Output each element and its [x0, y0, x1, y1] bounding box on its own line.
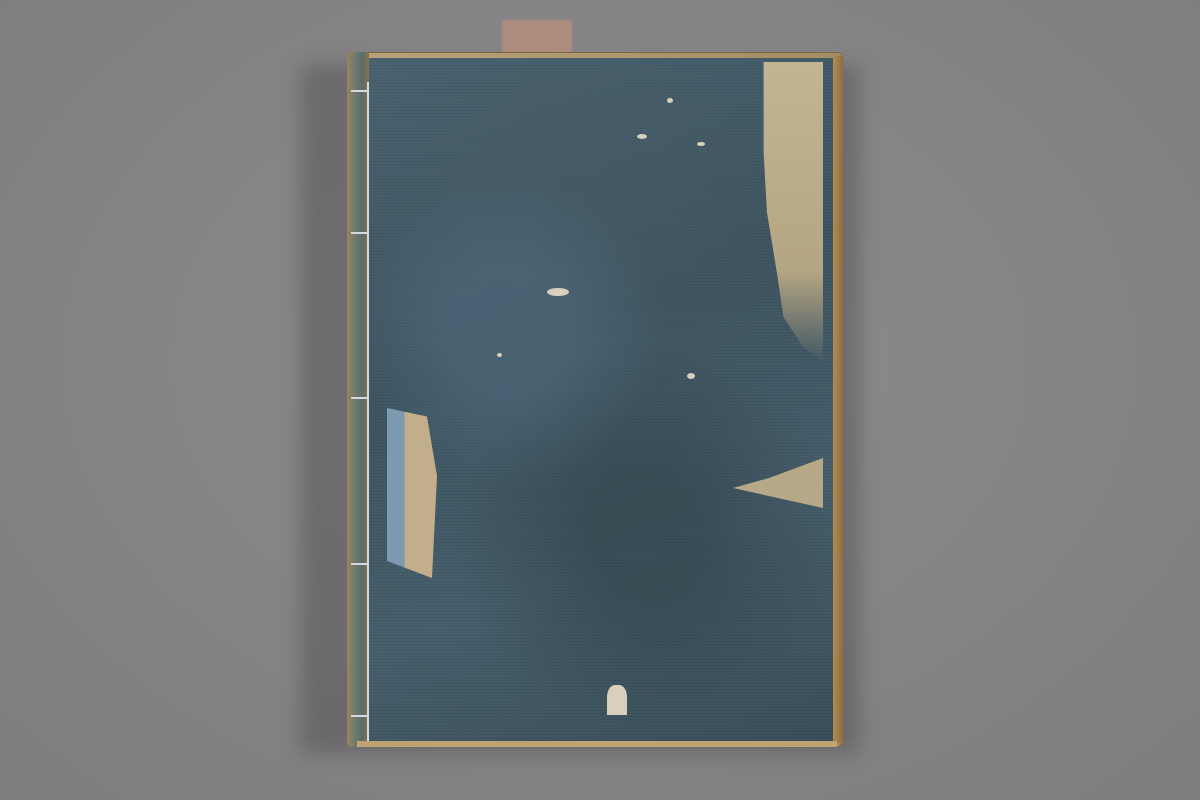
- wear-speck: [497, 353, 502, 357]
- binding-stitch: [351, 563, 369, 565]
- binding-stitch: [351, 90, 369, 92]
- worn-cover-patch-right: [757, 62, 823, 362]
- wear-speck: [637, 134, 647, 139]
- wear-speck: [607, 685, 627, 715]
- wear-speck: [697, 142, 705, 146]
- binding-thread: [367, 82, 369, 742]
- torn-cover-flap: [733, 458, 823, 508]
- photo-scene: [0, 0, 1200, 800]
- binding-stitch: [351, 232, 369, 234]
- worn-cover-patch-left: [387, 408, 437, 578]
- wear-speck: [687, 373, 695, 379]
- blue-cover: [367, 58, 833, 741]
- stitch-bound-book: [347, 52, 843, 747]
- page-edge-right: [833, 56, 843, 743]
- wear-speck: [547, 288, 569, 296]
- wear-speck: [667, 98, 673, 103]
- book-spine: [347, 52, 369, 747]
- binding-stitch: [351, 715, 369, 717]
- page-edge-bottom: [357, 741, 837, 747]
- binding-stitch: [351, 397, 369, 399]
